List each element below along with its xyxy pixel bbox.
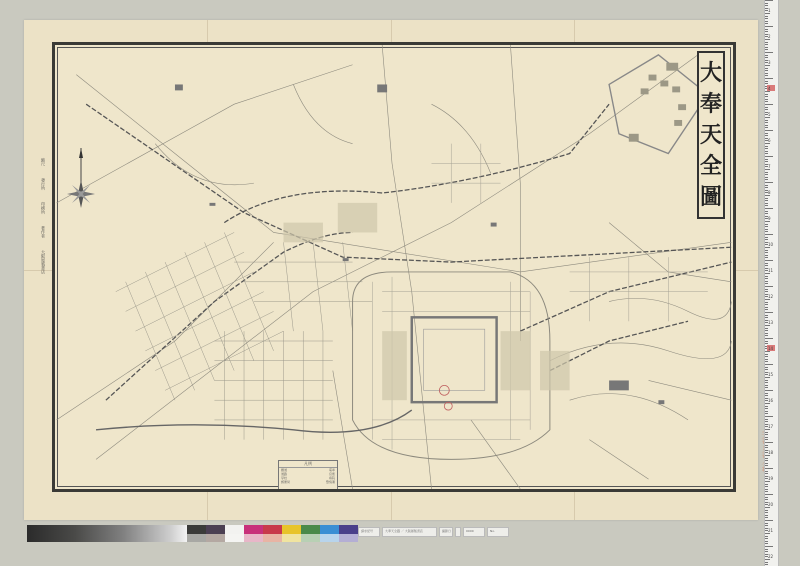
ruler-tick: [765, 382, 768, 383]
ruler-tick: [765, 156, 773, 157]
info-cell: No.: [487, 527, 509, 537]
ruler-label: 13: [768, 320, 773, 325]
measurement-ruler: 12345678910111213141516171819202122: [764, 0, 779, 566]
ruler-tick: [765, 335, 768, 336]
ruler-tick: [765, 564, 768, 565]
ruler-label: 17: [768, 424, 773, 429]
ruler-tick: [765, 432, 768, 433]
ruler-tick: [765, 174, 768, 175]
gray-scale: [27, 525, 187, 542]
ruler-tick: [765, 143, 770, 144]
ruler-tick: [765, 356, 768, 357]
ruler-tick: [765, 533, 770, 534]
ruler-tick: [765, 172, 768, 173]
ruler-tick: [765, 0, 773, 1]
ruler-tick: [765, 195, 770, 196]
ruler-tick: [765, 42, 768, 43]
ruler-tick: [765, 538, 768, 539]
ruler-tick: [765, 525, 768, 526]
ruler-tick: [765, 252, 768, 253]
ruler-tick: [765, 489, 768, 490]
ruler-tick: [765, 29, 768, 30]
ruler-tick: [765, 536, 768, 537]
ruler-tick: [765, 447, 768, 448]
ruler-tick: [765, 549, 768, 550]
ruler-tick: [765, 31, 768, 32]
ruler-tick: [765, 385, 768, 386]
ruler-tick: [765, 341, 768, 342]
ruler-tick: [765, 96, 768, 97]
ruler-tick: [765, 122, 768, 123]
ruler-tick: [765, 200, 768, 201]
ruler-tick: [765, 39, 770, 40]
info-cell: 撮影日: [439, 527, 453, 537]
color-swatch: [206, 525, 225, 542]
ruler-tick: [765, 3, 768, 4]
ruler-tick: [765, 75, 768, 76]
ruler-tick: [765, 99, 768, 100]
ruler-tick: [765, 179, 768, 180]
ruler-tick: [765, 81, 768, 82]
ruler-tick: [765, 70, 768, 71]
ruler-tick: [765, 465, 768, 466]
ruler-tick: [765, 146, 768, 147]
ruler-label: 6: [768, 138, 771, 143]
ruler-tick: [765, 507, 770, 508]
ruler-label: 5: [768, 112, 771, 117]
ruler-tick: [765, 237, 768, 238]
title-char: 大: [700, 61, 722, 85]
ruler-label: 12: [768, 294, 773, 299]
ruler-label: 11: [768, 268, 773, 273]
info-cell: 大奉天全圖 ／ 大阪屋號書店: [382, 527, 437, 537]
ruler-tick: [765, 185, 768, 186]
ruler-tick: [765, 380, 768, 381]
ruler-tick: [765, 120, 768, 121]
ruler-tick: [765, 395, 768, 396]
info-cell: [455, 527, 461, 537]
ruler-tick: [765, 299, 770, 300]
ruler-tick: [765, 283, 768, 284]
ruler-tick: [765, 408, 768, 409]
ruler-tick: [765, 130, 773, 131]
ruler-tick: [765, 369, 768, 370]
ruler-tick: [765, 263, 768, 264]
ruler-tick: [765, 328, 768, 329]
ruler-tick: [765, 364, 773, 365]
ruler-tick: [765, 213, 768, 214]
margin-note: 縮尺: [40, 158, 46, 166]
ruler-tick: [765, 390, 773, 391]
legend-title: 凡例: [279, 461, 337, 468]
ruler-tick: [765, 44, 768, 45]
ruler-tick: [765, 177, 768, 178]
ruler-tick: [765, 309, 768, 310]
ruler-tick: [765, 239, 768, 240]
color-swatch: [225, 525, 244, 542]
ruler-tick: [765, 455, 770, 456]
color-swatch: [282, 525, 301, 542]
ruler-tick: [765, 65, 770, 66]
ruler-tick: [765, 338, 773, 339]
ruler-tick: [765, 517, 768, 518]
ruler-tick: [765, 494, 773, 495]
title-char: 奉: [700, 92, 722, 116]
ruler-tick: [765, 47, 768, 48]
ruler-tick: [765, 520, 773, 521]
compass-rose-icon: [64, 146, 98, 216]
ruler-tick: [765, 278, 768, 279]
map-title-cartouche: 大 奉 天 全 圖: [697, 51, 725, 219]
ruler-tick: [765, 198, 768, 199]
ruler-label: 7: [768, 164, 771, 169]
ruler-tick: [765, 403, 770, 404]
ruler-tick: [765, 94, 768, 95]
ruler-label: 19: [768, 476, 773, 481]
ruler-tick: [765, 21, 768, 22]
ruler-label: 16: [768, 398, 773, 403]
ruler-label: 3: [768, 60, 771, 65]
ruler-tick: [765, 265, 768, 266]
ruler-tick: [765, 26, 773, 27]
ruler-tick: [765, 203, 768, 204]
map-legend: 凡例 鐵道電車 道路官衙 學校病院 郵便局警察署: [278, 460, 338, 492]
ruler-label: 22: [768, 554, 773, 559]
ruler-tick: [765, 107, 768, 108]
legend-row: 郵便局警察署: [279, 480, 337, 484]
city-map: [55, 45, 733, 489]
ruler-tick: [765, 211, 768, 212]
ruler-tick: [765, 468, 773, 469]
ruler-tick: [765, 411, 768, 412]
ruler-tick: [765, 484, 768, 485]
ruler-tick: [765, 302, 768, 303]
ruler-tick: [765, 273, 770, 274]
ruler-tick: [765, 523, 768, 524]
ruler-tick: [765, 208, 773, 209]
ruler-tick: [765, 429, 770, 430]
ruler-tick: [765, 562, 768, 563]
ruler-tick: [765, 125, 768, 126]
ruler-tick: [765, 471, 768, 472]
ruler-tick: [765, 187, 768, 188]
ruler-tick: [765, 127, 768, 128]
legend-label: 郵便局: [281, 480, 290, 484]
ruler-tick: [765, 330, 768, 331]
map-sheet: 大 奉 天 全 圖 凡例 鐵道電車 道路官衙 學校病院 郵便局警察署 縮尺 一萬…: [24, 20, 758, 520]
color-swatch: [301, 525, 320, 542]
ruler-tick: [765, 367, 768, 368]
ruler-tick: [765, 104, 773, 105]
ruler-tick: [765, 148, 768, 149]
ruler-tick: [765, 512, 768, 513]
ruler-tick: [765, 304, 768, 305]
ruler-tick: [765, 486, 768, 487]
ruler-tick: [765, 307, 768, 308]
ruler-tick: [765, 135, 768, 136]
ruler-label: 9: [768, 216, 771, 221]
ruler-tick: [765, 161, 768, 162]
ruler-label: 21: [768, 528, 773, 533]
ruler-tick: [765, 231, 768, 232]
ruler-tick: [765, 221, 770, 222]
ruler-tick: [765, 234, 773, 235]
ruler-label: 8: [768, 190, 771, 195]
ruler-tick: [765, 491, 768, 492]
color-swatch: [263, 525, 282, 542]
info-cell: 0000: [463, 527, 485, 537]
ruler-tick: [765, 109, 768, 110]
ruler-tick: [765, 250, 768, 251]
margin-note: 印刷所: [40, 202, 46, 214]
ruler-tick: [765, 377, 770, 378]
color-swatch: [339, 525, 358, 542]
ruler-tick: [765, 205, 768, 206]
ruler-tick: [765, 91, 770, 92]
ruler-tick: [765, 333, 768, 334]
ruler-tick: [765, 169, 770, 170]
info-cell: 請求記号: [358, 527, 380, 537]
ruler-tick: [765, 421, 768, 422]
ruler-tick: [765, 351, 770, 352]
ruler-tick: [765, 387, 768, 388]
ruler-label: 20: [768, 502, 773, 507]
ruler-tick: [765, 281, 768, 282]
title-char: 天: [700, 123, 722, 147]
ruler-tick: [765, 359, 768, 360]
ruler-tick: [765, 463, 768, 464]
ruler-tick: [765, 541, 768, 542]
ruler-tick: [765, 406, 768, 407]
ruler-tick: [765, 23, 768, 24]
ruler-tick: [765, 312, 773, 313]
ruler-tick: [765, 286, 773, 287]
ruler-tick: [765, 460, 768, 461]
ruler-tick: [765, 317, 768, 318]
ruler-tick: [765, 133, 768, 134]
margin-note: 著作者: [40, 226, 46, 238]
margin-note: 發行所: [40, 178, 46, 190]
ruler-label: 18: [768, 450, 773, 455]
color-swatch: [187, 525, 206, 542]
ruler-label: 15: [768, 372, 773, 377]
title-char: 圖: [700, 185, 722, 209]
ruler-tick: [765, 151, 768, 152]
ruler-label: 14: [768, 346, 773, 351]
ruler-tick: [765, 481, 770, 482]
ruler-tick: [765, 497, 768, 498]
ruler-tick: [765, 291, 768, 292]
catalog-info-strip: 請求記号 大奉天全圖 ／ 大阪屋號書店 撮影日 0000 No.: [358, 527, 509, 537]
ruler-tick: [765, 510, 768, 511]
ruler-tick: [765, 73, 768, 74]
ruler-tick: [765, 18, 768, 19]
ruler-tick: [765, 437, 768, 438]
ruler-label: 10: [768, 242, 773, 247]
ruler-tick: [765, 499, 768, 500]
title-char: 全: [700, 154, 722, 178]
ruler-tick: [765, 442, 773, 443]
ruler-tick: [765, 260, 773, 261]
ruler-tick: [765, 153, 768, 154]
ruler-tick: [765, 182, 773, 183]
ruler-tick: [765, 52, 773, 53]
ruler-tick: [765, 49, 768, 50]
ruler-tick: [765, 247, 770, 248]
ruler-tick: [765, 354, 768, 355]
ruler-tick: [765, 57, 768, 58]
ruler-tick: [765, 257, 768, 258]
ruler-tick: [765, 16, 768, 17]
ruler-tick: [765, 68, 768, 69]
ruler-tick: [765, 13, 770, 14]
ruler-tick: [765, 543, 768, 544]
ruler-tick: [765, 361, 768, 362]
ruler-tick: [765, 5, 768, 6]
ruler-tick: [765, 473, 768, 474]
ruler-label: 1: [768, 8, 771, 13]
ruler-tick: [765, 276, 768, 277]
ruler-label: 4: [768, 86, 771, 91]
color-swatch: [320, 525, 339, 542]
margin-notes: 縮尺 發行所 印刷所 著作者 大阪屋號書店: [40, 158, 52, 286]
ruler-tick: [765, 289, 768, 290]
ruler-tick: [765, 559, 770, 560]
ruler-tick: [765, 551, 768, 552]
ruler-tick: [765, 229, 768, 230]
margin-note: 大阪屋號書店: [40, 250, 46, 274]
ruler-label: 2: [768, 34, 771, 39]
ruler-tick: [765, 101, 768, 102]
ruler-tick: [765, 416, 773, 417]
map-frame: 大 奉 天 全 圖 凡例 鐵道電車 道路官衙 學校病院 郵便局警察署 縮尺 一萬…: [52, 42, 736, 492]
ruler-tick: [765, 78, 773, 79]
ruler-tick: [765, 434, 768, 435]
ruler-tick: [765, 439, 768, 440]
color-calibration-bar: [27, 525, 358, 542]
ruler-tick: [765, 226, 768, 227]
ruler-tick: [765, 458, 768, 459]
ruler-tick: [765, 419, 768, 420]
ruler-tick: [765, 255, 768, 256]
ruler-tick: [765, 159, 768, 160]
legend-label: 警察署: [326, 480, 335, 484]
ruler-tick: [765, 546, 773, 547]
color-swatch: [244, 525, 263, 542]
ruler-tick: [765, 393, 768, 394]
ruler-tick: [765, 515, 768, 516]
ruler-tick: [765, 55, 768, 56]
ruler-tick: [765, 224, 768, 225]
ruler-tick: [765, 325, 770, 326]
ruler-tick: [765, 413, 768, 414]
ruler-tick: [765, 315, 768, 316]
ruler-tick: [765, 445, 768, 446]
ruler-tick: [765, 117, 770, 118]
